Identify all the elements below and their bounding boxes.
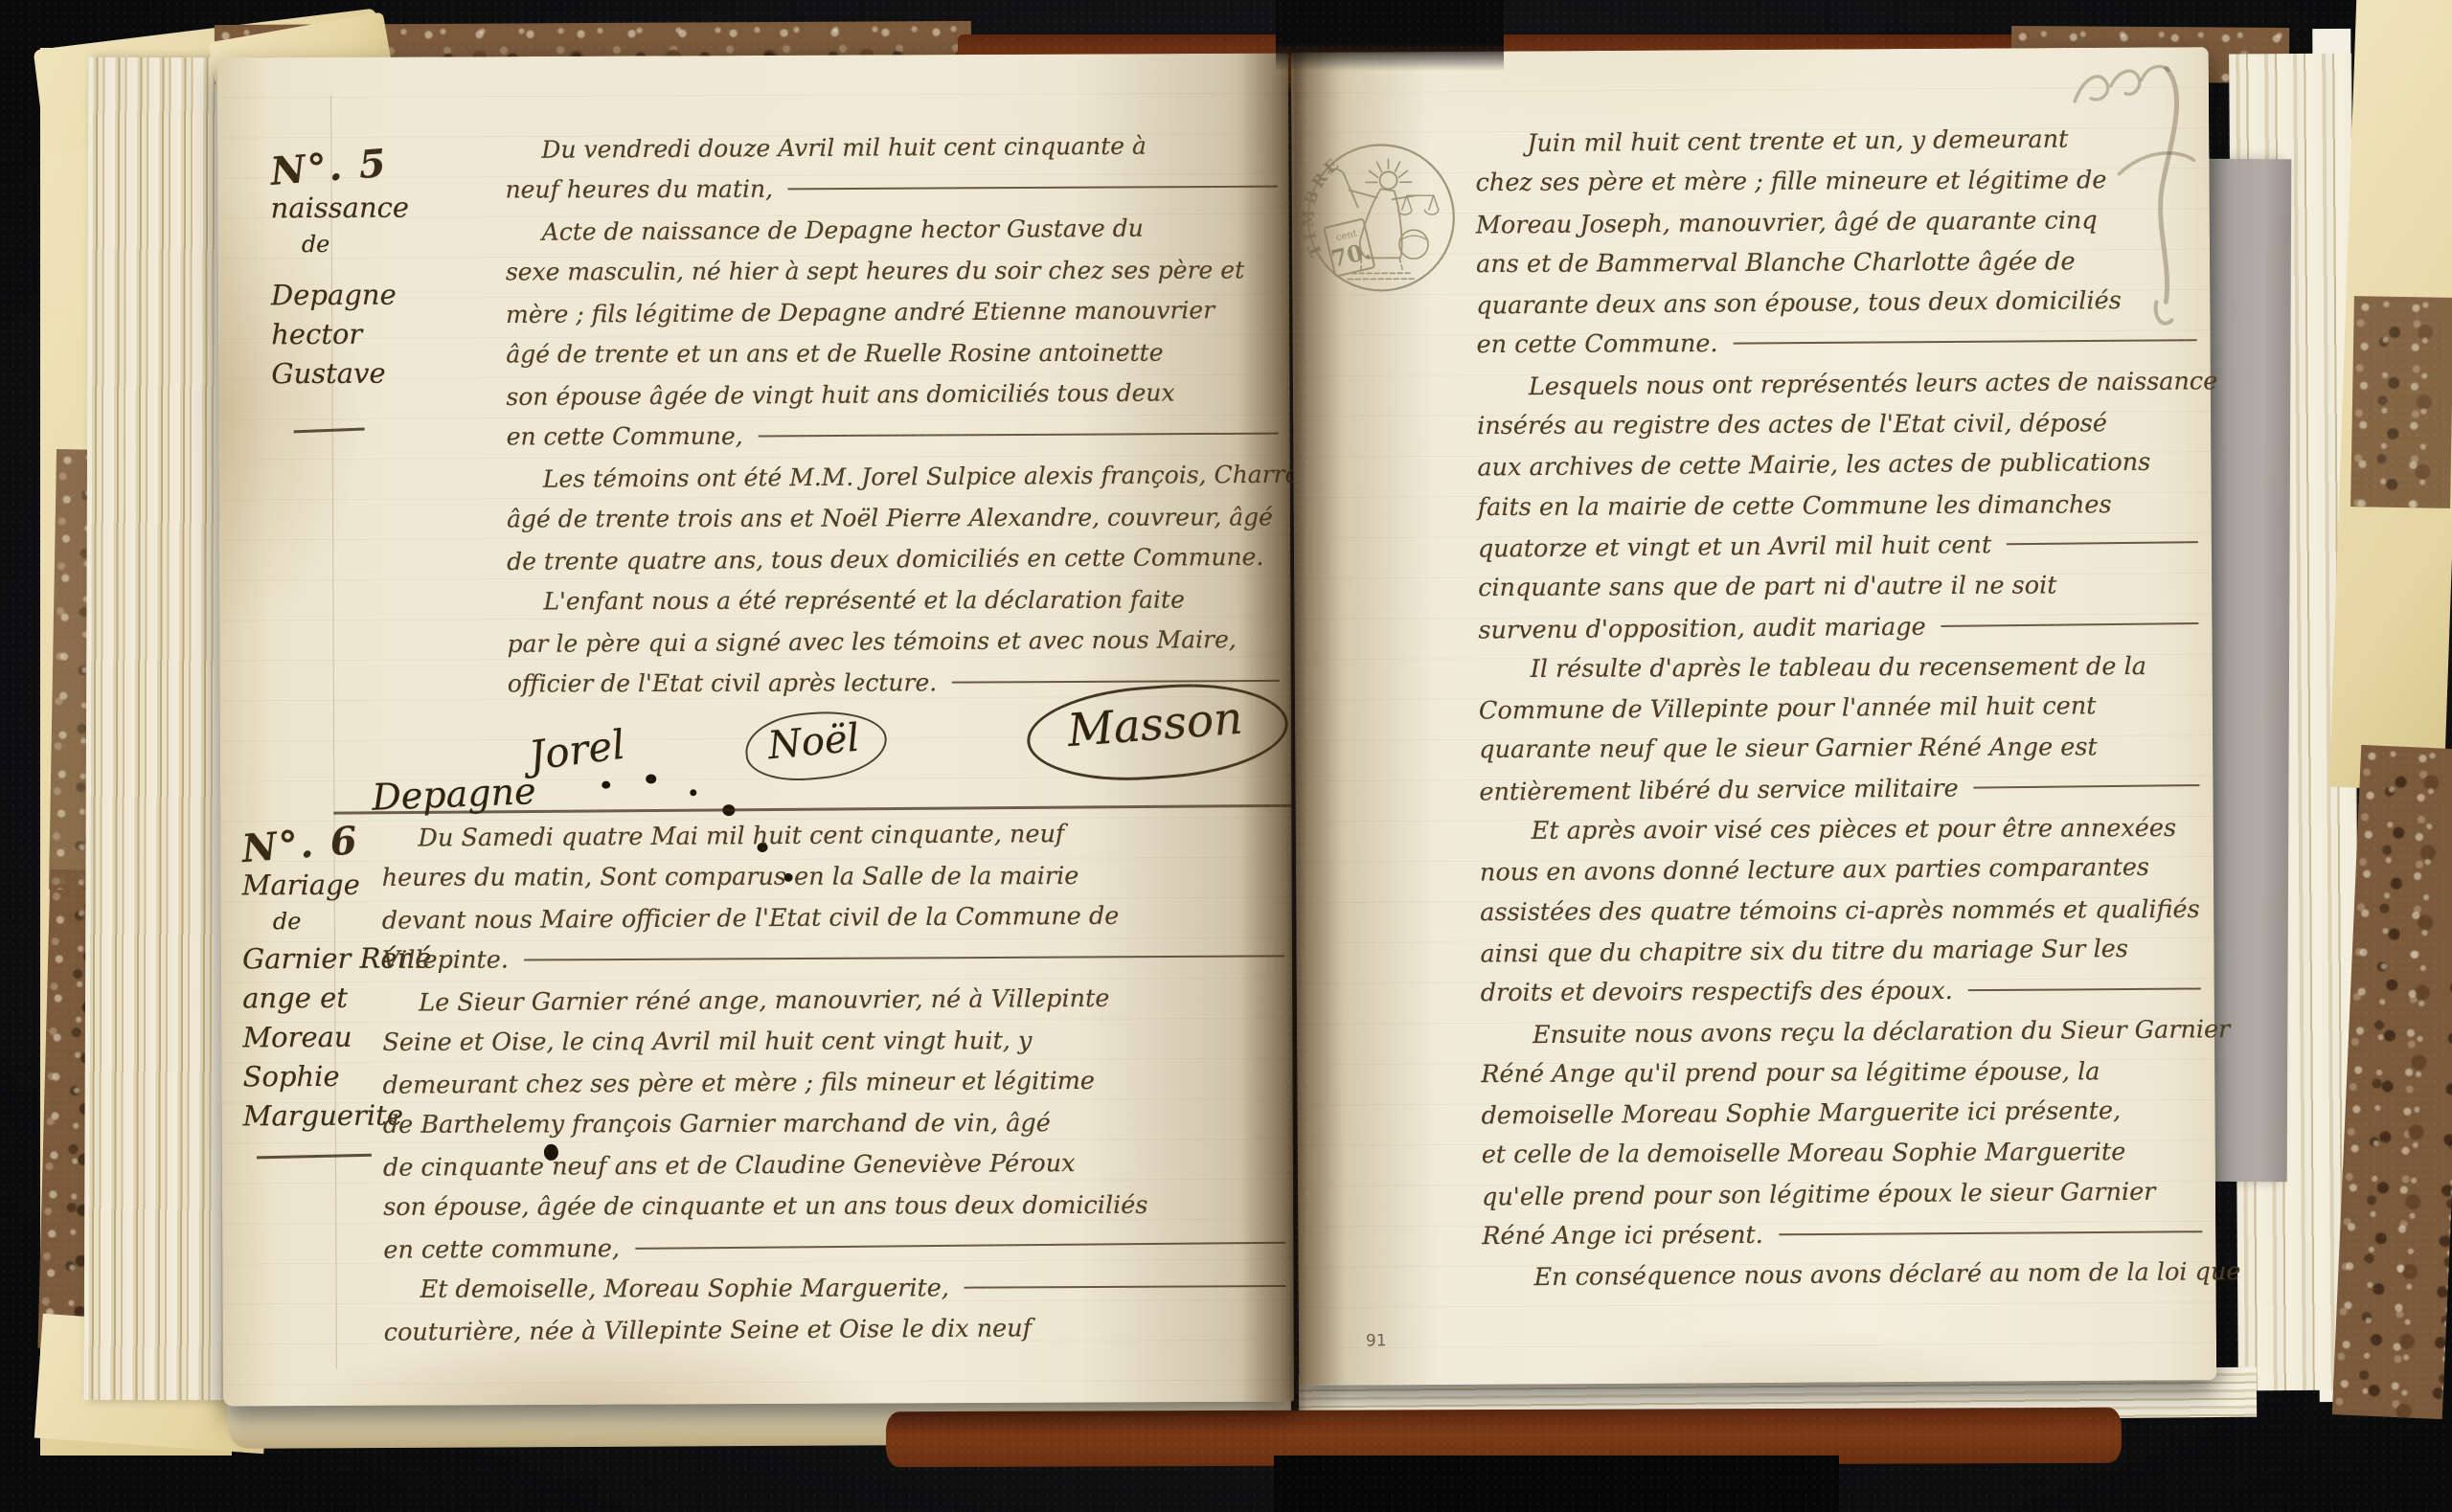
handwritten-line: Seine et Oise, le cinq Avril mil huit ce… (382, 1026, 1290, 1069)
handwritten-line: ainsi que du chapitre six du titre du ma… (1480, 934, 2206, 981)
handwritten-line-text: de Barthelemy françois Garnier marchand … (383, 1109, 1051, 1140)
margin-annotation: naissance (271, 191, 482, 231)
handwritten-line-text: Réné Ange ici présent. (1482, 1221, 1763, 1251)
handwritten-line-text: Et après avoir visé ces pièces et pour ê… (1532, 814, 2176, 846)
handwritten-line: Et après avoir visé ces pièces et pour ê… (1480, 814, 2206, 858)
margin-underline (294, 427, 365, 433)
handwritten-line: heures du matin, Sont comparus en la Sal… (382, 861, 1290, 904)
handwritten-line-text: de trente quatre ans, tous deux domicili… (507, 543, 1263, 575)
stamp-value-text: 70. (1328, 237, 1374, 273)
page-number: 91 (1366, 1331, 1387, 1350)
handwritten-line-text: survenu d'opposition, audit mariage (1478, 612, 1926, 644)
handwritten-line: âgé de trente et un ans et de Ruelle Ros… (506, 338, 1283, 381)
handwritten-line: Du vendredi douze Avril mil huit cent ci… (505, 131, 1283, 177)
handwritten-line: cinquante sans que de part ni d'autre il… (1478, 571, 2204, 615)
handwritten-line-text: Moreau Joseph, manouvrier, âgé de quaran… (1476, 206, 2098, 239)
handwritten-line-text: en cette Commune, (507, 422, 743, 451)
handwritten-filler-rule (524, 955, 1284, 960)
handwritten-filler-rule (788, 186, 1278, 191)
handwritten-line: insérés au registre des actes de l'Etat … (1477, 409, 2203, 453)
handwritten-line-text: Du vendredi douze Avril mil huit cent ci… (541, 132, 1147, 164)
handwritten-line-text: Il résulte d'après le tableau du recense… (1531, 652, 2146, 684)
handwritten-line: Il résulte d'après le tableau du recense… (1479, 652, 2205, 696)
margin-annotation-text: de (273, 908, 302, 935)
signature-witness-noel: Noël (742, 706, 889, 785)
handwritten-line: son épouse, âgée de cinquante et un ans … (383, 1190, 1291, 1233)
handwritten-line: chez ses père et mère ; fille mineure et… (1476, 166, 2202, 210)
photograph-of-open-register: N°. 5naissancedeDepagnehectorGustave Du … (0, 0, 2452, 1512)
handwritten-line-text: Et demoiselle, Moreau Sophie Marguerite, (420, 1274, 949, 1303)
handwritten-line-text: âgé de trente et un ans et de Ruelle Ros… (506, 339, 1163, 369)
handwritten-line: Acte de naissance de Depagne hector Gust… (506, 214, 1283, 260)
handwritten-line-text: Acte de naissance de Depagne hector Gust… (542, 214, 1144, 246)
handwritten-line: demoiselle Moreau Sophie Marguerite ici … (1481, 1095, 2207, 1142)
margin-annotation: hector (271, 317, 482, 357)
handwritten-line: en cette Commune, (507, 420, 1284, 463)
handwritten-line: son épouse âgée de vingt huit ans domici… (506, 378, 1283, 424)
handwritten-filler-rule (759, 433, 1279, 438)
signature-witness-jorel: Jorel (526, 721, 627, 779)
handwritten-line-text: entièrement libéré du service militaire (1479, 774, 1958, 806)
handwritten-line: devant nous Maire officier de l'Etat civ… (382, 901, 1290, 948)
handwritten-line: Réné Ange ici présent. (1482, 1219, 2208, 1263)
margin-annotation: de (271, 230, 482, 265)
margin-annotation-text: hector (271, 318, 362, 350)
stamp-graphic: cent 70. TIMBRE (1299, 136, 1463, 300)
handwritten-line-text: nous en avons donné lecture aux parties … (1480, 853, 2149, 888)
margin-annotation: N°. 5 (269, 134, 483, 199)
handwritten-line-text: couturière, née à Villepinte Seine et Oi… (384, 1314, 1033, 1346)
handwritten-line: ans et de Bammerval Blanche Charlotte âg… (1476, 247, 2202, 291)
handwritten-line-text: ans et de Bammerval Blanche Charlotte âg… (1476, 247, 2076, 279)
handwritten-filler-rule (965, 1285, 1286, 1289)
margin-annotation-text: Gustave (271, 357, 385, 391)
handwritten-line: Lesquels nous ont représentés leurs acte… (1477, 367, 2203, 414)
handwritten-line-text: Juin mil huit cent trente et un, y demeu… (1527, 124, 2068, 158)
handwritten-line-text: son épouse, âgée de cinquante et un ans … (383, 1191, 1147, 1222)
handwritten-line: en cette commune, (383, 1230, 1291, 1277)
handwritten-line: Réné Ange qu'il prend pour sa légitime é… (1481, 1057, 2207, 1101)
handwritten-line-text: Le Sieur Garnier réné ange, manouvrier, … (419, 984, 1109, 1018)
right-page-marriage-text: Juin mil huit cent trente et un, y demeu… (1475, 124, 2208, 1303)
margin-annotation-text: Sophie (243, 1060, 340, 1093)
handwritten-line-text: demeurant chez ses père et mère ; fils m… (383, 1067, 1096, 1100)
handwritten-line-text: quarante neuf que le sieur Garnier Réné … (1479, 733, 2098, 765)
handwritten-line-text: cinquante sans que de part ni d'autre il… (1478, 572, 2056, 603)
handwritten-filler-rule (635, 1242, 1285, 1250)
handwritten-line-text: qu'elle prend pour son légitime époux le… (1482, 1177, 2156, 1211)
handwritten-filler-rule (1941, 622, 2199, 627)
handwritten-line: neuf heures du matin, (506, 173, 1283, 216)
handwritten-filler-rule (952, 680, 1280, 684)
handwritten-line: demeurant chez ses père et mère ; fils m… (383, 1066, 1291, 1113)
handwritten-line-text: Commune de Villepinte pour l'année mil h… (1479, 691, 2097, 725)
handwritten-line: Le Sieur Garnier réné ange, manouvrier, … (382, 983, 1290, 1030)
handwritten-line-text: Ensuite nous avons reçu la déclaration d… (1532, 1015, 2231, 1049)
handwritten-line: Du Samedi quatre Mai mil huit cent cinqu… (381, 819, 1289, 866)
handwritten-line-text: ainsi que du chapitre six du titre du ma… (1480, 935, 2128, 969)
act5-margin-column: N°. 5naissancedeDepagnehectorGustave (270, 141, 482, 396)
handwritten-line-text: En conséquence nous avons déclaré au nom… (1533, 1257, 2240, 1292)
handwritten-line: En conséquence nous avons déclaré au nom… (1482, 1258, 2208, 1305)
margin-annotation-text: Marguerite (243, 1099, 403, 1133)
handwritten-line-text: et celle de la demoiselle Moreau Sophie … (1482, 1139, 2126, 1170)
handwritten-line-text: neuf heures du matin, (506, 175, 774, 204)
handwritten-filler-rule (1974, 784, 2200, 789)
handwritten-line-text: de cinquante neuf ans et de Claudine Gen… (383, 1149, 1076, 1183)
ink-dot (646, 774, 656, 783)
handwritten-line: sexe masculin, né hier à sept heures du … (506, 256, 1283, 299)
margin-underline (257, 1154, 372, 1160)
handwritten-line-text: Du Samedi quatre Mai mil huit cent cinqu… (418, 820, 1064, 852)
handwritten-line-text: aux archives de cette Mairie, les actes … (1477, 448, 2150, 483)
right-page: cent 70. TIMBRE (1291, 47, 2216, 1386)
ink-dot (690, 789, 696, 796)
margin-annotation: Depagne (271, 278, 482, 318)
left-page-edges (84, 57, 231, 1401)
handwritten-line: L'enfant nous a été représenté et la déc… (507, 585, 1284, 628)
right-marbled-corner-mid (2350, 296, 2452, 508)
handwritten-line: entièrement libéré du service militaire (1479, 772, 2205, 819)
margin-annotation-text: ange et (242, 982, 348, 1014)
handwritten-line-text: en cette Commune. (1477, 329, 1718, 359)
handwritten-line-text: son épouse âgée de vingt huit ans domici… (506, 378, 1174, 411)
handwritten-line: faits en la mairie de cette Commune les … (1478, 489, 2204, 533)
margin-annotation-text: de (302, 231, 330, 258)
handwritten-line: âgé de trente trois ans et Noël Pierre A… (507, 503, 1284, 546)
handwritten-line: en cette Commune. (1477, 327, 2203, 372)
handwritten-line-text: âgé de trente trois ans et Noël Pierre A… (507, 503, 1273, 532)
margin-annotation: Gustave (271, 356, 482, 396)
margin-annotation-text: Moreau (242, 1021, 352, 1053)
handwritten-line: de Barthelemy françois Garnier marchand … (383, 1108, 1291, 1151)
handwritten-line-text: insérés au registre des actes de l'Etat … (1477, 409, 2107, 440)
handwritten-line: de cinquante neuf ans et de Claudine Gen… (383, 1148, 1291, 1195)
handwritten-line: survenu d'opposition, audit mariage (1478, 610, 2204, 657)
handwritten-line: couturière, née à Villepinte Seine et Oi… (384, 1313, 1292, 1360)
handwritten-line-text: devant nous Maire officier de l'Etat civ… (382, 902, 1120, 936)
handwritten-line-text: faits en la mairie de cette Commune les … (1478, 490, 2112, 522)
handwritten-line-text: quatorze et vingt et un Avril mil huit c… (1478, 530, 1991, 563)
handwritten-line: mère ; fils légitime de Depagne andré Et… (506, 296, 1283, 342)
handwritten-line-text: quarante deux ans son épouse, tous deux … (1476, 286, 2122, 321)
handwritten-line-text: Réné Ange qu'il prend pour sa légitime é… (1481, 1057, 2100, 1089)
handwritten-line-text: demoiselle Moreau Sophie Marguerite ici … (1481, 1096, 2121, 1130)
handwritten-line: par le père qui a signé avec les témoins… (507, 625, 1284, 671)
handwritten-line: quarante deux ans son épouse, tous deux … (1476, 286, 2202, 333)
handwritten-line: et celle de la demoiselle Moreau Sophie … (1482, 1138, 2208, 1182)
bottom-spine-shadow (1274, 1456, 1839, 1512)
handwritten-line: Et demoiselle, Moreau Sophie Marguerite, (384, 1273, 1292, 1316)
handwritten-line: de trente quatre ans, tous deux domicili… (507, 543, 1284, 589)
handwritten-line: assistées des quatre témoins ci-après no… (1480, 894, 2206, 938)
handwritten-line: qu'elle prend pour son légitime époux le… (1482, 1177, 2208, 1224)
handwritten-line: Les témoins ont été M.M. Jorel Sulpice a… (507, 461, 1284, 507)
handwritten-line: Villepinte. (382, 943, 1290, 986)
handwritten-line: Juin mil huit cent trente et un, y demeu… (1475, 124, 2201, 170)
handwritten-line: Commune de Villepinte pour l'année mil h… (1479, 690, 2205, 737)
handwritten-line-text: Villepinte. (382, 946, 509, 975)
margin-annotation-text: Depagne (271, 279, 397, 312)
handwritten-line: quatorze et vingt et un Avril mil huit c… (1478, 529, 2204, 575)
handwritten-line-text: heures du matin, Sont comparus en la Sal… (382, 862, 1079, 892)
handwritten-line-text: Seine et Oise, le cinq Avril mil huit ce… (382, 1027, 1032, 1057)
left-page: N°. 5naissancedeDepagnehectorGustave Du … (217, 54, 1294, 1407)
handwritten-line-text: par le père qui a signé avec les témoins… (507, 625, 1236, 658)
handwritten-line-text: Lesquels nous ont représentés leurs acte… (1529, 367, 2218, 401)
handwritten-line-text: droits et devoirs respectifs des époux. (1481, 977, 1953, 1007)
margin-annotation-text: N°. 6 (240, 818, 360, 871)
handwritten-filler-rule (2007, 541, 2198, 545)
handwritten-line: droits et devoirs respectifs des époux. (1481, 976, 2207, 1020)
handwritten-line: Moreau Joseph, manouvrier, âgé de quaran… (1476, 205, 2202, 252)
spine-top-dip (1276, 0, 1504, 71)
handwritten-line-text: sexe masculin, né hier à sept heures du … (506, 256, 1244, 285)
handwritten-filler-rule (1968, 988, 2201, 992)
handwritten-line-text: assistées des quatre témoins ci-après no… (1480, 894, 2200, 926)
handwritten-line-text: officier de l'Etat civil après lecture. (508, 668, 937, 697)
handwritten-line: quarante neuf que le sieur Garnier Réné … (1479, 733, 2205, 777)
handwritten-line-text: L'enfant nous a été représenté et la déc… (543, 586, 1184, 616)
margin-annotation-text: N°. 5 (269, 141, 389, 194)
handwritten-line: Ensuite nous avons reçu la déclaration d… (1481, 1015, 2207, 1062)
handwritten-line-text: Les témoins ont été M.M. Jorel Sulpice a… (543, 461, 1315, 493)
handwritten-line-text: en cette commune, (383, 1234, 620, 1265)
handwritten-filler-rule (1779, 1230, 2202, 1235)
ink-dot (602, 781, 610, 789)
act6-marriage-record-text: Du Samedi quatre Mai mil huit cent cinqu… (381, 820, 1291, 1359)
handwritten-line: nous en avons donné lecture aux parties … (1480, 853, 2206, 900)
handwritten-line: aux archives de cette Mairie, les actes … (1477, 448, 2203, 495)
handwritten-filler-rule (1734, 340, 2197, 345)
act5-birth-record-text: Du vendredi douze Avril mil huit cent ci… (505, 132, 1285, 712)
handwritten-line-text: mère ; fils légitime de Depagne andré Et… (506, 296, 1215, 328)
handwritten-line-text: chez ses père et mère ; fille mineure et… (1476, 167, 2107, 198)
timbre-revenue-stamp: cent 70. TIMBRE (1299, 136, 1463, 300)
